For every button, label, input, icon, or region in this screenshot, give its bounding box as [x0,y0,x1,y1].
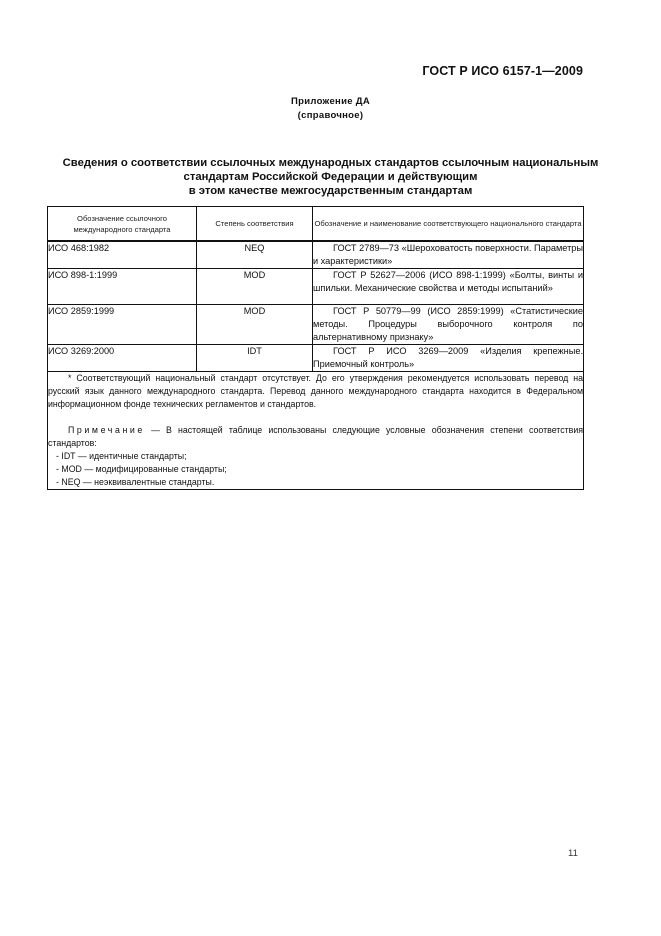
degree-cell: MOD [197,305,313,345]
header-degree: Степень соответствия [197,207,313,242]
section-title: Сведения о соответствии ссылочных междун… [40,156,621,198]
national-cell: ГОСТ Р 52627—2006 (ИСО 898-1:1999) «Болт… [313,269,584,305]
note-label: Примечание [68,425,145,435]
table-row: ИСО 468:1982 NEQ ГОСТ 2789—73 «Шероховат… [48,241,584,269]
degree-cell: NEQ [197,241,313,269]
correspondence-table: Обозначение ссылочного международного ст… [47,206,584,490]
national-text: ГОСТ 2789—73 «Шероховатость поверхности.… [313,243,583,266]
title-line: стандартам Российской Федерации и действ… [40,170,621,184]
table-notes-row: * Соответствующий национальный стандарт … [48,372,584,490]
legend-item: - NEQ — неэквивалентные стандарты. [48,476,583,489]
national-text: ГОСТ Р 50779—99 (ИСО 2859:1999) «Статист… [313,306,583,342]
header-iso-standard: Обозначение ссылочного международного ст… [48,207,197,242]
iso-cell: ИСО 2859:1999 [48,305,197,345]
degree-cell: MOD [197,269,313,305]
iso-cell: ИСО 3269:2000 [48,345,197,372]
title-line: в этом качестве межгосударственным станд… [40,184,621,198]
header-national-standard: Обозначение и наименование соответствующ… [313,207,584,242]
notes-cell: * Соответствующий национальный стандарт … [48,372,584,490]
footnote: * Соответствующий национальный стандарт … [48,372,583,411]
legend-item: - MOD — модифицированные стандарты; [48,463,583,476]
title-line: Сведения о соответствии ссылочных междун… [40,156,621,170]
table-row: ИСО 898-1:1999 MOD ГОСТ Р 52627—2006 (ИС… [48,269,584,305]
annex-type: (справочное) [0,109,661,123]
national-text: ГОСТ Р ИСО 3269—2009 «Изделия крепежные.… [313,346,583,369]
annex-title: Приложение ДА [0,95,661,109]
iso-cell: ИСО 898-1:1999 [48,269,197,305]
page-number: 11 [568,848,578,859]
degree-cell: IDT [197,345,313,372]
document-code: ГОСТ Р ИСО 6157-1—2009 [422,64,583,78]
table-row: ИСО 2859:1999 MOD ГОСТ Р 50779—99 (ИСО 2… [48,305,584,345]
national-cell: ГОСТ Р ИСО 3269—2009 «Изделия крепежные.… [313,345,584,372]
table-header-row: Обозначение ссылочного международного ст… [48,207,584,242]
national-text: ГОСТ Р 52627—2006 (ИСО 898-1:1999) «Болт… [313,270,583,293]
annex-heading: Приложение ДА (справочное) [0,95,661,123]
iso-cell: ИСО 468:1982 [48,241,197,269]
national-cell: ГОСТ 2789—73 «Шероховатость поверхности.… [313,241,584,269]
legend-item: - IDT — идентичные стандарты; [48,450,583,463]
national-cell: ГОСТ Р 50779—99 (ИСО 2859:1999) «Статист… [313,305,584,345]
table-row: ИСО 3269:2000 IDT ГОСТ Р ИСО 3269—2009 «… [48,345,584,372]
note: Примечание — В настоящей таблице использ… [48,424,583,450]
